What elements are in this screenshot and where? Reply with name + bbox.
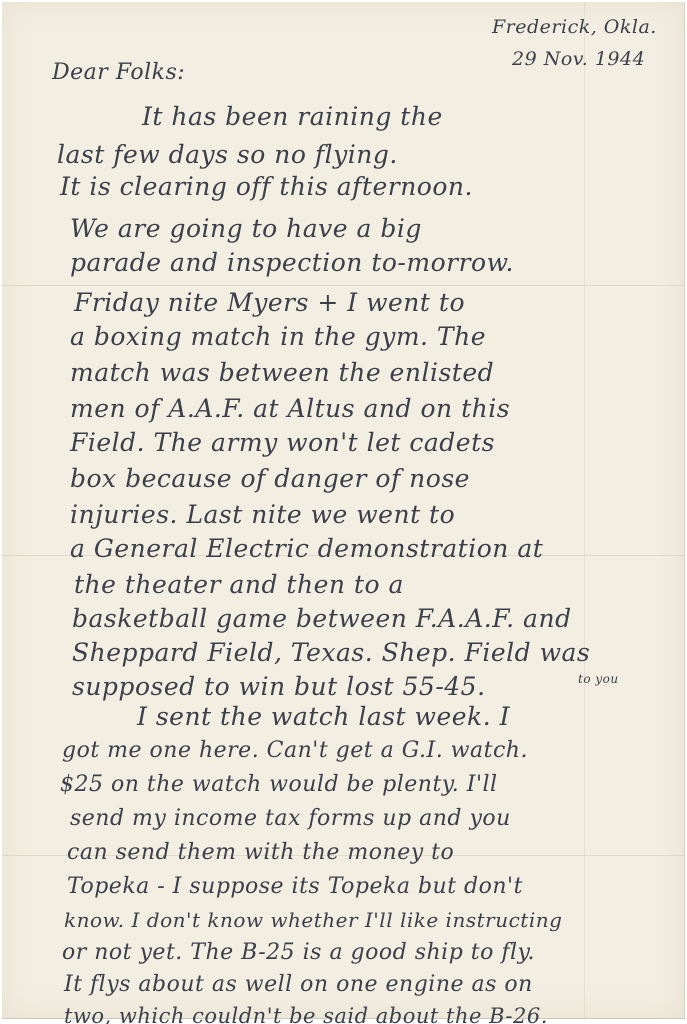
salutation: Dear Folks: — [52, 60, 185, 85]
fold-crease — [584, 2, 585, 1018]
letter-line: It is clearing off this afternoon. — [60, 172, 473, 201]
letter-line: Friday nite Myers + I went to — [74, 288, 465, 317]
letter-line: We are going to have a big — [70, 214, 422, 243]
letter-line: parade and inspection to-morrow. — [70, 248, 514, 277]
letter-line: Topeka - I suppose its Topeka but don't — [67, 874, 523, 899]
letter-place: Frederick, Okla. — [492, 16, 657, 38]
letter-line: two, which couldn't be said about the B-… — [64, 1004, 548, 1024]
letter-line: It has been raining the — [142, 102, 443, 131]
letter-line: a boxing match in the gym. The — [70, 322, 486, 351]
fold-crease — [2, 285, 684, 286]
letter-line: a General Electric demonstration at — [70, 534, 543, 563]
letter-line: $25 on the watch would be plenty. I'll — [60, 772, 498, 797]
letter-line: can send them with the money to — [67, 840, 454, 865]
letter-line: match was between the enlisted — [70, 358, 494, 387]
letter-line: injuries. Last nite we went to — [70, 500, 455, 529]
letter-page: Frederick, Okla. 29 Nov. 1944 Dear Folks… — [2, 2, 685, 1019]
insertion-note: to you — [578, 672, 619, 686]
letter-line: I sent the watch last week. I — [137, 702, 510, 731]
letter-date: 29 Nov. 1944 — [512, 48, 645, 70]
letter-line: supposed to win but lost 55-45. — [72, 672, 486, 701]
letter-line: basketball game between F.A.A.F. and — [72, 604, 572, 633]
letter-line: last few days so no flying. — [57, 140, 398, 169]
letter-line: got me one here. Can't get a G.I. watch. — [62, 738, 528, 763]
letter-line: It flys about as well on one engine as o… — [64, 972, 533, 997]
letter-line: Field. The army won't let cadets — [70, 428, 495, 457]
letter-line: know. I don't know whether I'll like ins… — [64, 908, 562, 932]
letter-line: box because of danger of nose — [70, 464, 470, 493]
letter-line: or not yet. The B-25 is a good ship to f… — [62, 940, 535, 965]
letter-line: men of A.A.F. at Altus and on this — [70, 394, 510, 423]
letter-line: send my income tax forms up and you — [70, 806, 511, 831]
letter-line: the theater and then to a — [74, 570, 404, 599]
letter-line: Sheppard Field, Texas. Shep. Field was — [72, 638, 590, 667]
